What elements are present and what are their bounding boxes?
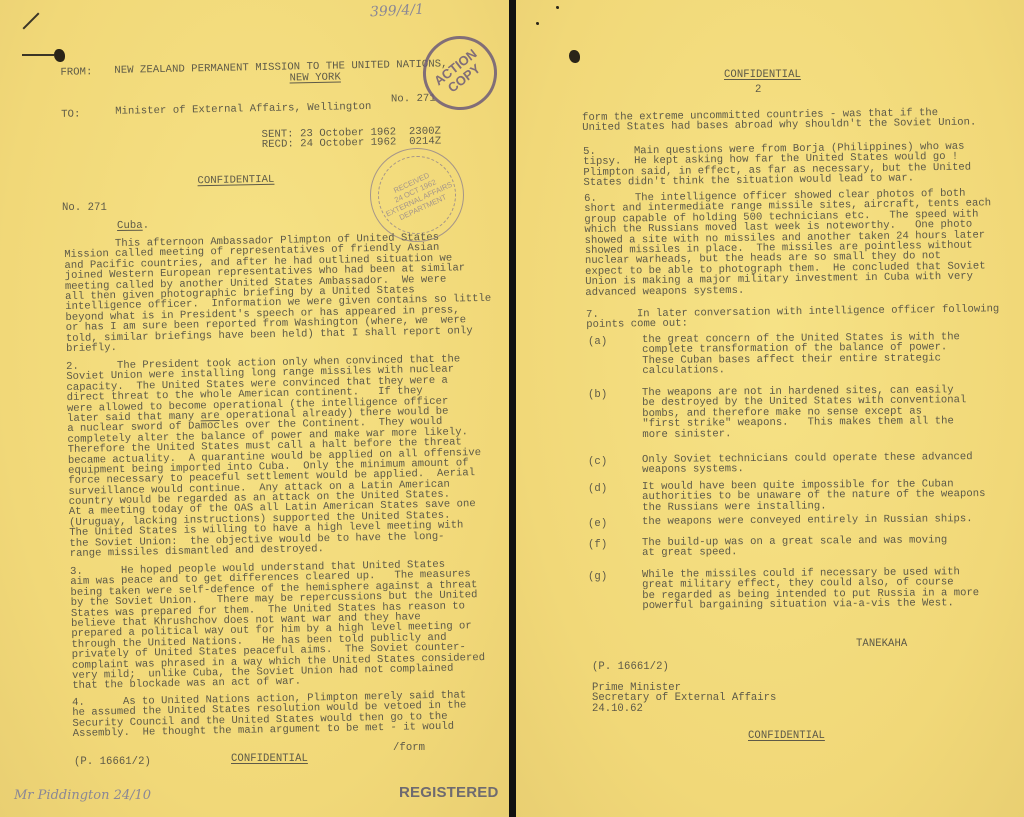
message-number: No. 271 (62, 203, 107, 213)
classification-top: CONFIDENTIAL (197, 175, 274, 187)
pen-stroke-mark (22, 54, 54, 56)
text-line: powerful bargaining situation via-a-vis … (642, 598, 979, 611)
point-text: the great concern of the United States i… (642, 332, 960, 376)
paragraph-6: 6. The intelligence officer showed clear… (584, 188, 992, 298)
paragraph-continuation: form the extreme uncommitted countries -… (582, 107, 976, 133)
message-number-header: No. 271 (391, 94, 436, 105)
reference-number: (P. 16661/2) (592, 662, 669, 672)
pen-stroke-mark (23, 13, 40, 30)
distribution-list: Prime MinisterSecretary of External Affa… (592, 683, 776, 714)
paragraph-5: 5. Main questions were from Borja (Phili… (583, 142, 971, 189)
punch-hole-ink-blot (54, 49, 65, 62)
to-value: Minister of External Affairs, Wellington (115, 102, 371, 117)
point-text: It would have been quite impossible for … (642, 479, 986, 513)
telegram-page-2: CONFIDENTIAL 2 form the extreme uncommit… (516, 0, 1024, 817)
point-label: (b) (588, 390, 607, 400)
from-value: NEW ZEALAND PERMANENT MISSION TO THE UNI… (114, 59, 447, 76)
point-text: While the missiles could if necessary be… (642, 567, 979, 612)
text-line: at great speed. (642, 546, 947, 559)
text-line: the weapons were conveyed entirely in Ru… (642, 514, 973, 527)
subject-punctuation: . (143, 220, 150, 232)
subject-line: Cuba. (117, 221, 149, 232)
classification-bottom: CONFIDENTIAL (748, 731, 825, 741)
point-label: (e) (588, 519, 607, 529)
paragraph-1: This afternoon Ambassador Plimpton of Un… (64, 232, 492, 354)
paragraph-4: 4. As to United Nations action, Plimpton… (72, 690, 467, 739)
ink-speck (536, 22, 539, 25)
point-text: Only Soviet technicians could operate th… (642, 452, 973, 476)
ink-speck (556, 6, 559, 9)
point-label: (g) (588, 572, 607, 582)
handwritten-initials: Mr Piddington 24/10 (14, 788, 151, 803)
signature: TANEKAHA (856, 639, 907, 649)
action-copy-stamp: ACTION COPY (408, 21, 509, 125)
telegram-page-1: 399/4/1 FROM: NEW ZEALAND PERMANENT MISS… (0, 0, 509, 817)
paragraph-2: 2. The President took action only when c… (66, 354, 483, 559)
text-line: the Russians were installing. (642, 500, 985, 513)
text-line: more sinister. (642, 427, 966, 440)
point-label: (a) (588, 337, 607, 347)
paragraph-3: 3. He hoped people would understand that… (70, 559, 486, 692)
text-line: "first strike" weapons. This makes them … (642, 416, 966, 429)
to-label: TO: (61, 109, 80, 120)
handwritten-file-reference: 399/4/1 (370, 2, 425, 21)
classification-bottom: CONFIDENTIAL (231, 754, 308, 764)
paragraph-7: 7. In later conversation with intelligen… (586, 304, 999, 331)
point-label: (c) (588, 457, 607, 467)
punch-hole-ink-blot (569, 50, 580, 63)
registered-stamp: REGISTERED (399, 784, 499, 801)
point-label: (d) (588, 484, 607, 494)
from-city: NEW YORK (289, 72, 340, 83)
subject-text: Cuba (117, 220, 143, 232)
received-date-stamp: RECEIVED 24 OCT 1962 EXTERNAL AFFAIRS DE… (370, 148, 464, 242)
from-label: FROM: (60, 67, 92, 78)
page-number: 2 (755, 84, 761, 96)
point-text: The weapons are not in hardened sites, c… (642, 385, 967, 440)
classification-top: CONFIDENTIAL (724, 70, 801, 80)
point-label: (f) (588, 540, 607, 550)
reference-number: (P. 16661/2) (74, 757, 151, 767)
continuation-marker: /form (393, 743, 425, 753)
point-text: the weapons were conveyed entirely in Ru… (642, 514, 973, 527)
point-text: The build-up was on a great scale and wa… (642, 535, 947, 558)
text-line: 24.10.62 (592, 704, 776, 714)
